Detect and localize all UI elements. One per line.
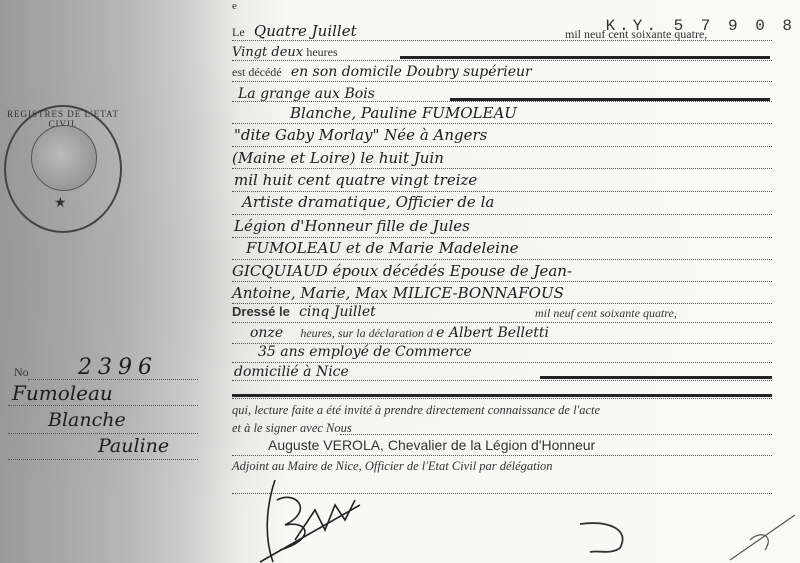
spouse-line: Antoine, Marie, Max MILICE-BONNAFOUS (232, 284, 564, 302)
birth-line-1: (Maine et Loire) le huit Juin (232, 149, 444, 167)
margin-first-name-2: Pauline (98, 435, 169, 457)
civil-registry-seal: REGISTRES DE L'ETAT CIVIL ★ (4, 105, 122, 233)
birth-line-2: mil huit cent quatre vingt treize (234, 171, 477, 189)
deceased-alias: "dite Gaby Morlay" Née à Angers (234, 126, 487, 144)
star-icon: ★ (54, 195, 67, 212)
parents-line-1: FUMOLEAU et de Marie Madeleine (246, 239, 518, 257)
drawn-up-hour-line: onze heures, sur la déclaration d e Albe… (250, 325, 549, 341)
drawn-up-line: Dressé le cinq Juillet (232, 304, 376, 320)
margin-first-name-1: Blanche (48, 409, 126, 431)
marianne-emblem-icon (31, 125, 97, 191)
death-place-2: La grange aux Bois (238, 86, 375, 102)
drawn-up-year: mil neuf cent soixante quatre, (535, 306, 677, 321)
number-label: No (14, 365, 29, 380)
declarant-details: 35 ans employé de Commerce (258, 344, 472, 360)
parents-line-2: GICQUIAUD époux décédés Epouse de Jean- (232, 262, 572, 280)
margin-surname: Fumoleau (12, 381, 113, 405)
corner-mark: e (232, 0, 237, 12)
declarant-signature (255, 470, 365, 563)
closing-line-1: qui, lecture faite a été invité à prendr… (232, 403, 600, 418)
closing-line-2: et à le signer avec Nous (232, 421, 352, 436)
honor-and-parent: Légion d'Honneur fille de Jules (234, 217, 470, 235)
declarant-residence: domicilié à Nice (234, 364, 349, 380)
deceased-name: Blanche, Pauline FUMOLEAU (290, 104, 517, 122)
officer-name: Auguste VEROLA, Chevalier de la Légion d… (268, 437, 595, 453)
death-day-month: Quatre Juillet (254, 22, 357, 40)
death-hour-line: Vingt deux heures (232, 44, 338, 60)
act-number: 2396 (78, 355, 158, 380)
officer-signature (580, 510, 800, 563)
death-date-line: Le Quatre Juillet (232, 22, 357, 40)
death-place-line: est décédé en son domicile Doubry supéri… (232, 64, 532, 80)
occupation: Artiste dramatique, Officier de la (242, 193, 494, 211)
